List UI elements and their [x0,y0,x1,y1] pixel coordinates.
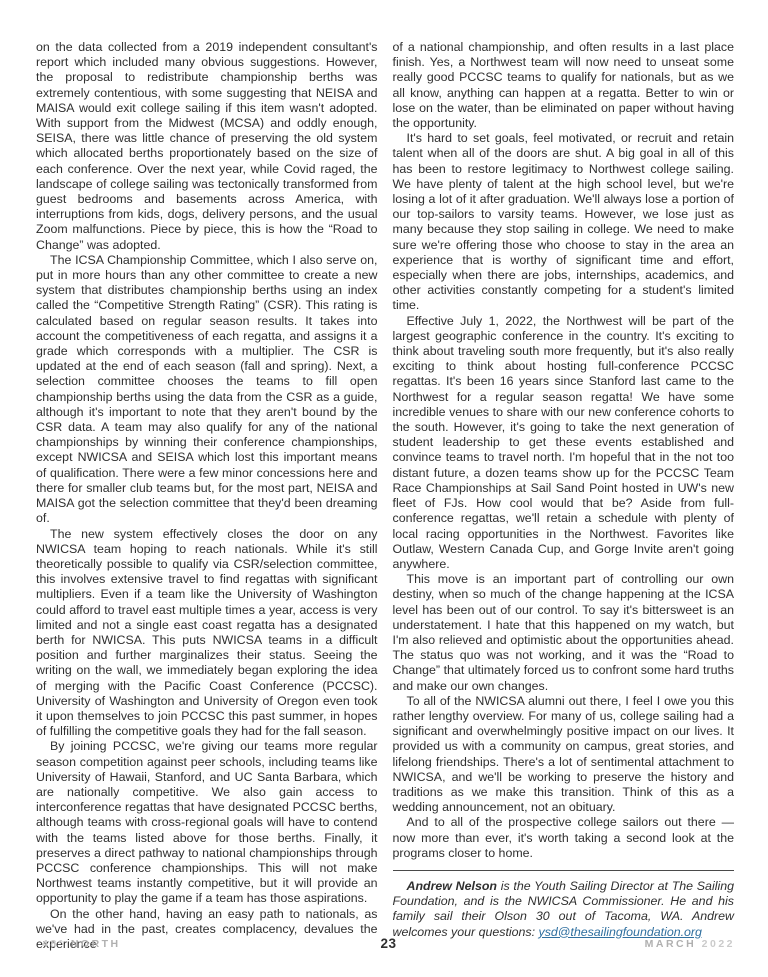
bio-divider [393,870,735,871]
footer-issue: MARCH 2022 [397,938,735,950]
author-name: Andrew Nelson [407,879,497,893]
paragraph: To all of the NWICSA alumni out there, I… [393,694,735,816]
paragraph: And to all of the prospective college sa… [393,815,735,861]
footer-brand-degrees: 48° [42,938,65,950]
magazine-page: on the data collected from a 2019 indepe… [0,0,768,977]
footer-brand: 48° NORTH [42,938,380,950]
paragraph: Effective July 1, 2022, the Northwest wi… [393,314,735,572]
paragraph: It's hard to set goals, feel motivated, … [393,131,735,313]
paragraph: The ICSA Championship Committee, which I… [36,253,378,527]
page-footer: 48° NORTH 23 MARCH 2022 [42,936,735,951]
paragraph: of a national championship, and often re… [393,40,735,131]
footer-month: MARCH [645,938,697,950]
right-column: of a national championship, and often re… [393,40,735,952]
paragraph: on the data collected from a 2019 indepe… [36,40,378,253]
paragraph: The new system effectively closes the do… [36,527,378,740]
article-columns: on the data collected from a 2019 indepe… [36,40,734,952]
page-number: 23 [380,936,396,951]
footer-year: 2022 [702,938,735,950]
paragraph: By joining PCCSC, we're giving our teams… [36,739,378,906]
footer-brand-name: NORTH [71,938,121,950]
left-column: on the data collected from a 2019 indepe… [36,40,378,952]
paragraph: This move is an important part of contro… [393,572,735,694]
author-bio: Andrew Nelson is the Youth Sailing Direc… [393,879,735,940]
